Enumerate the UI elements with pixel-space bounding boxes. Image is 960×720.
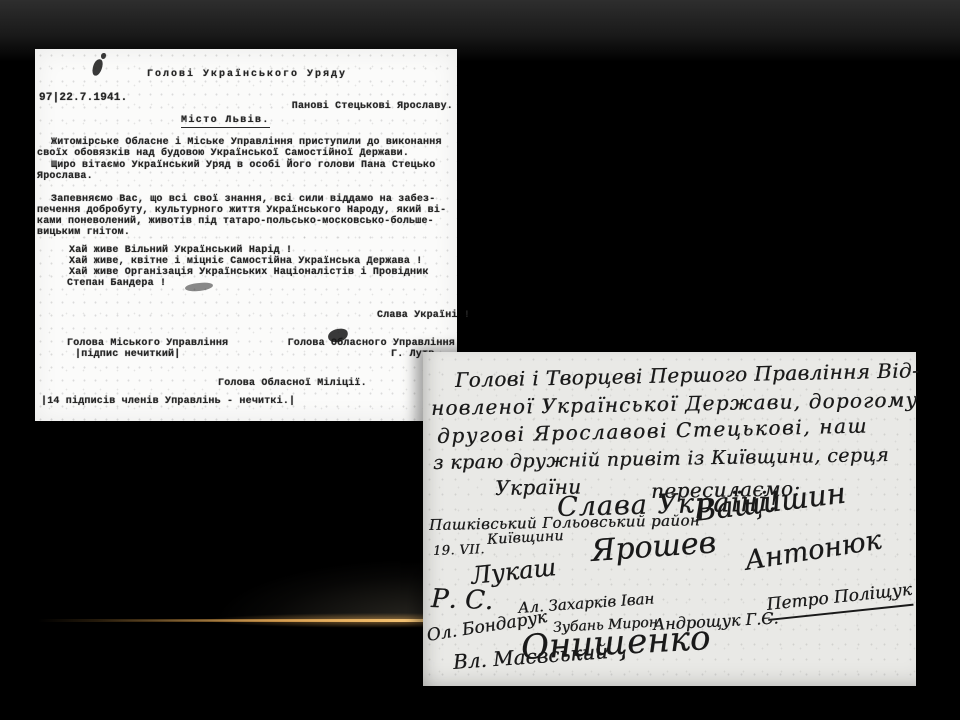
handwritten-letter-scan: Голові і Творцеві Першого Правління Від-…	[423, 352, 916, 686]
typed-militia-title: Голова Обласної Міліції.	[218, 378, 367, 389]
ink-blot	[101, 53, 106, 59]
signature: Р. С.	[430, 584, 493, 616]
typed-glory-line: Слава Україні !	[377, 310, 470, 321]
signature: Вл. Маєвський	[452, 639, 608, 674]
typed-slogan-line: Хай живе Організація Українських Націона…	[69, 267, 429, 278]
gold-light-streak	[38, 610, 424, 630]
typed-body-line: ками поневолений, животів під татаро-пол…	[37, 216, 434, 227]
ink-smudge	[185, 282, 213, 292]
typed-body-line: Житомірське Обласне і Міське Управління …	[51, 137, 442, 148]
typed-footnote: |14 підписів членів Управлінь - нечиткі.…	[41, 396, 295, 407]
presentation-slide: Голові Українського Уряду 97|22.7.1941. …	[0, 0, 960, 720]
typed-signature-title-city: Голова Міського Управління	[67, 338, 228, 349]
signature: Антонюк	[743, 525, 884, 577]
ink-blot	[91, 58, 104, 77]
typed-letter-scan: Голові Українського Уряду 97|22.7.1941. …	[35, 49, 457, 421]
typed-place-line: Місто Львів.	[181, 115, 270, 128]
typed-body-line: своїх обовязків над будовою Української …	[37, 148, 409, 159]
typed-signature-note: |підпис нечиткий|	[75, 349, 180, 360]
signature: Ярошев	[590, 525, 717, 569]
typed-body-line: Запевняємо Вас, що всі свої знання, всі …	[51, 194, 435, 205]
typed-slogan-line: Хай живе Вільний Український Нарід !	[69, 245, 292, 256]
typed-body-line: Ярослава.	[37, 171, 93, 182]
typed-body-line: вицьким гнітом.	[37, 227, 130, 238]
typed-reference-number: 97|22.7.1941.	[39, 92, 127, 104]
handwritten-region-line: Київщини	[487, 528, 565, 548]
typed-slogan-line: Степан Бандера !	[67, 278, 166, 289]
handwritten-date: 19. VII.	[433, 542, 485, 559]
typed-body-line: печення добробуту, культурного життя Укр…	[37, 205, 446, 216]
signature: Петро Поліщук	[766, 580, 914, 621]
handwritten-line: Голові і Творцеві Першого Правління Від-	[455, 358, 920, 392]
signature: Лукаш	[470, 553, 558, 590]
typed-body-line: Щиро вітаємо Український Уряд в особі Йо…	[51, 160, 435, 171]
handwritten-line: з краю дружній привіт із Київщини, серця	[433, 444, 889, 474]
typed-signature-title-oblast: Голова Обласного Управління	[288, 338, 455, 349]
typed-addressee: Панові Стецькові Ярославу.	[292, 101, 453, 112]
typed-recipient-header: Голові Українського Уряду	[147, 69, 347, 80]
typed-slogan-line: Хай живе, квітне і міцніє Самостійна Укр…	[69, 256, 422, 267]
